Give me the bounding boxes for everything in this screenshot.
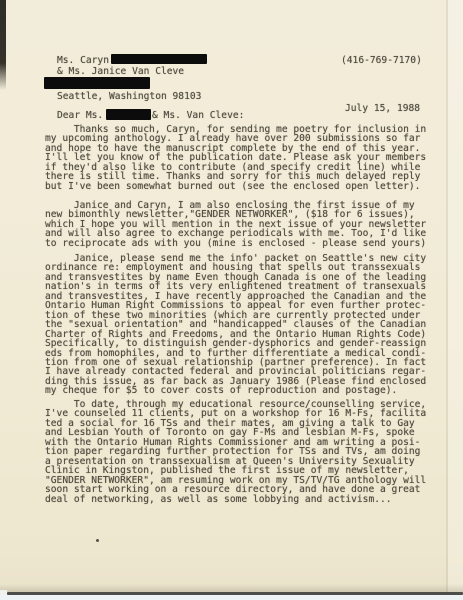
body-paragraph-2: Janice and Caryn, I am also enclosing th… [45, 201, 426, 248]
body-paragraph-3: Janice, please send me the info' packet … [45, 254, 426, 396]
salutation-prefix: Dear Ms. [57, 111, 103, 120]
body-paragraph-1: Thanks so much, Caryn, for sending me po… [45, 125, 426, 191]
recipient-line-2: & Ms. Janice Van Cleve [57, 67, 184, 76]
paper-right-highlight [448, 0, 463, 592]
recipient-city-line: Seattle, Washington 98103 [57, 92, 201, 101]
scan-bottom-shadow [0, 584, 463, 592]
scanned-letter-page: Ms. Caryn (416-769-7170) & Ms. Janice Va… [0, 0, 463, 600]
ink-dot [96, 539, 99, 542]
recipient-last-name-redaction-bar [111, 54, 207, 64]
salutation-suffix: & Ms. Van Cleve: [152, 111, 244, 120]
phone-number: (416-769-7170) [341, 56, 422, 65]
scan-edge-left [0, 0, 6, 90]
street-address-redaction-bar [44, 77, 150, 89]
scan-bottom-background-strip [0, 595, 463, 600]
letter-date: July 15, 1988 [345, 104, 420, 113]
recipient-line-1: Ms. Caryn [57, 56, 109, 65]
body-paragraph-4: To date, through my educational resource… [45, 400, 426, 504]
salutation-last-name-redaction-bar [106, 109, 151, 120]
